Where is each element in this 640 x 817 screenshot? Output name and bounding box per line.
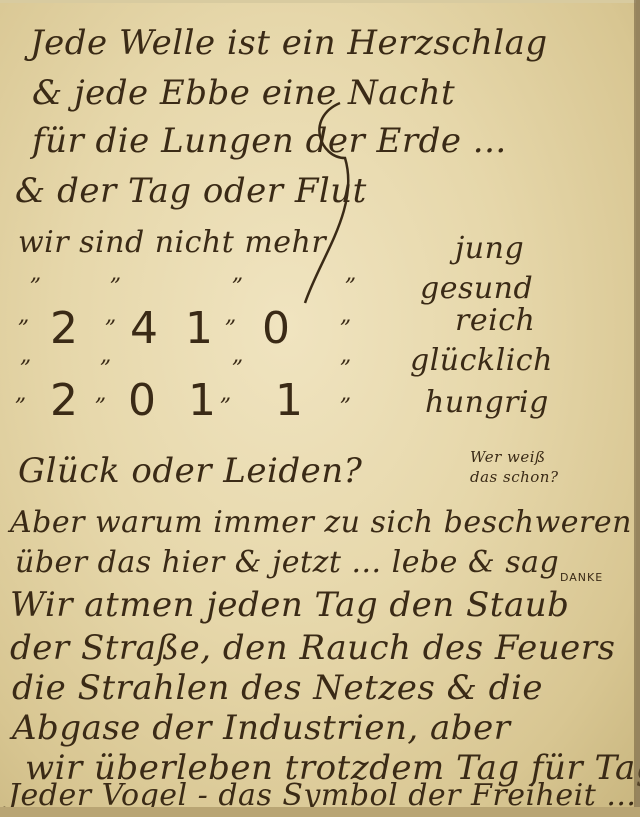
ditto-mark: „ (15, 381, 26, 406)
ditto-mark: „ (18, 303, 29, 328)
paper-edge-shadow (634, 0, 640, 817)
ditto-mark: „ (95, 381, 106, 406)
note-word-gesund: gesund (420, 271, 533, 306)
note-word-reich: reich (455, 303, 535, 338)
note-line-ueber-das: über das hier & jetzt ... lebe & sag (15, 545, 559, 580)
note-line-1: Jede Welle ist ein Herzschlag (30, 23, 548, 63)
note-line-glueck-oder-leiden: Glück oder Leiden? (18, 451, 362, 491)
ditto-mark: „ (340, 343, 351, 368)
note-word-gluecklich: glücklich (410, 343, 553, 378)
digit: 1 (188, 375, 216, 426)
note-danke: DANKE (560, 571, 603, 584)
digit: 0 (128, 375, 156, 426)
digit: 1 (275, 375, 303, 426)
ditto-mark: „ (30, 261, 41, 286)
digit: 1 (185, 303, 213, 354)
note-wer-weiss: Wer weiß (470, 448, 546, 466)
note-line-3: für die Lungen der Erde ... (32, 121, 507, 161)
note-das-schon: das schon? (470, 468, 559, 486)
note-line-der-strasse: der Straße, den Rauch des Feuers (10, 628, 615, 668)
ditto-mark: „ (105, 303, 116, 328)
handwritten-note-paper: Jede Welle ist ein Herzschlag & jede Ebb… (0, 0, 636, 810)
note-line-aber-warum: Aber warum immer zu sich beschweren (10, 505, 632, 540)
ditto-mark: „ (220, 381, 231, 406)
digit: 4 (130, 303, 158, 354)
paper-bottom-edge (0, 807, 640, 817)
ditto-mark: „ (20, 343, 31, 368)
ditto-mark: „ (110, 261, 121, 286)
note-word-jung: jung (455, 231, 524, 266)
note-line-5: wir sind nicht mehr (18, 225, 326, 260)
digit: 2 (50, 303, 78, 354)
note-word-hungrig: hungrig (425, 385, 549, 420)
ditto-mark: „ (232, 343, 243, 368)
note-line-abgase: Abgase der Industrien, aber (12, 708, 510, 748)
note-line-4: & der Tag oder Flut (15, 171, 367, 211)
ditto-mark: „ (232, 261, 243, 286)
note-line-die-strahlen: die Strahlen des Netzes & die (12, 668, 543, 708)
digit: 0 (262, 303, 290, 354)
ditto-mark: „ (340, 303, 351, 328)
note-line-2: & jede Ebbe eine Nacht (32, 73, 455, 113)
ditto-mark: „ (340, 381, 351, 406)
ditto-mark: „ (100, 343, 111, 368)
digit: 2 (50, 375, 78, 426)
ditto-mark: „ (225, 303, 236, 328)
note-line-wir-atmen: Wir atmen jeden Tag den Staub (10, 585, 569, 625)
ditto-mark: „ (345, 261, 356, 286)
